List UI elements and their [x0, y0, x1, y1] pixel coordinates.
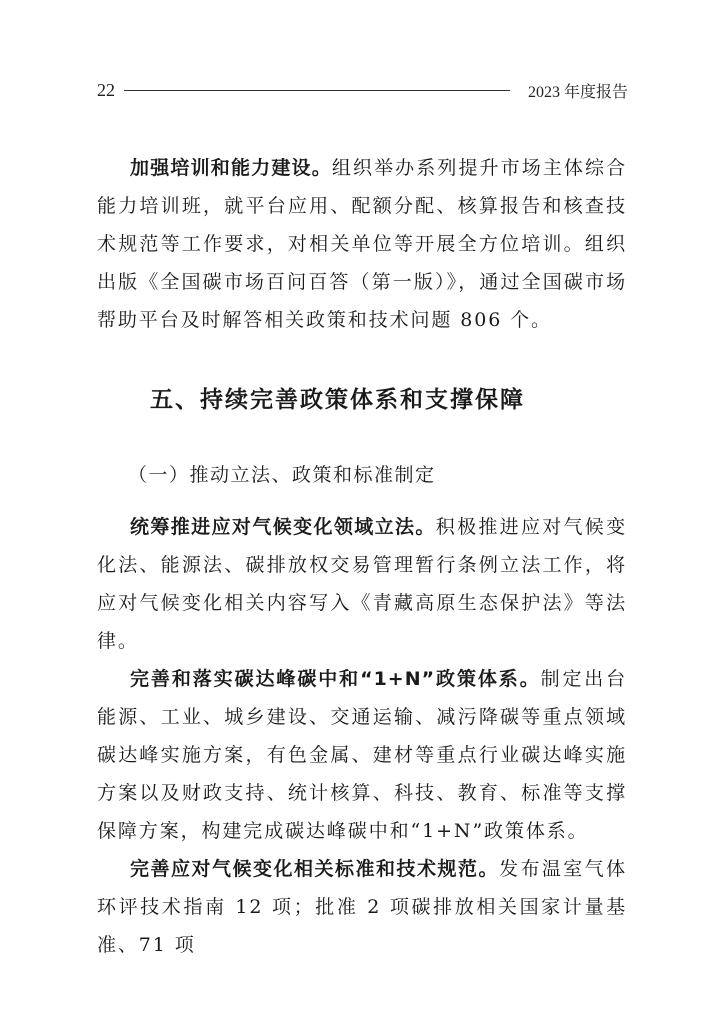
- paragraph-lead: 加强培训和能力建设。: [130, 157, 332, 179]
- page-number: 22: [97, 80, 119, 101]
- paragraph-policy-system: 完善和落实碳达峰碳中和“1+N”政策体系。制定出台能源、工业、城乡建设、交通运输…: [97, 660, 627, 850]
- paragraph-training: 加强培训和能力建设。组织举办系列提升市场主体综合能力培训班，就平台应用、配额分配…: [97, 149, 627, 339]
- paragraph-text: 制定出台能源、工业、城乡建设、交通运输、减污降碳等重点领域碳达峰实施方案，有色金…: [97, 668, 627, 842]
- body-text-bottom: 统筹推进应对气候变化领域立法。积极推进应对气候变化法、能源法、碳排放权交易管理暂…: [97, 508, 627, 964]
- subsection-title: （一）推动立法、政策和标准制定: [128, 460, 436, 487]
- report-title: 2023 年度报告: [528, 79, 628, 102]
- header-rule: [124, 90, 510, 91]
- paragraph-legislation: 统筹推进应对气候变化领域立法。积极推进应对气候变化法、能源法、碳排放权交易管理暂…: [97, 508, 627, 660]
- paragraph-lead: 统筹推进应对气候变化领域立法。: [130, 516, 436, 538]
- paragraph-lead: 完善和落实碳达峰碳中和“1+N”政策体系。: [130, 668, 541, 690]
- paragraph-standards: 完善应对气候变化相关标准和技术规范。发布温室气体环评技术指南 12 项；批准 2…: [97, 850, 627, 964]
- page-header: 22 2023 年度报告: [97, 78, 628, 102]
- section-title: 五、持续完善政策体系和支撑保障: [150, 381, 525, 414]
- paragraph-text: 组织举办系列提升市场主体综合能力培训班，就平台应用、配额分配、核算报告和核查技术…: [97, 157, 627, 331]
- body-text-top: 加强培训和能力建设。组织举办系列提升市场主体综合能力培训班，就平台应用、配额分配…: [97, 149, 627, 339]
- paragraph-lead: 完善应对气候变化相关标准和技术规范。: [130, 858, 499, 880]
